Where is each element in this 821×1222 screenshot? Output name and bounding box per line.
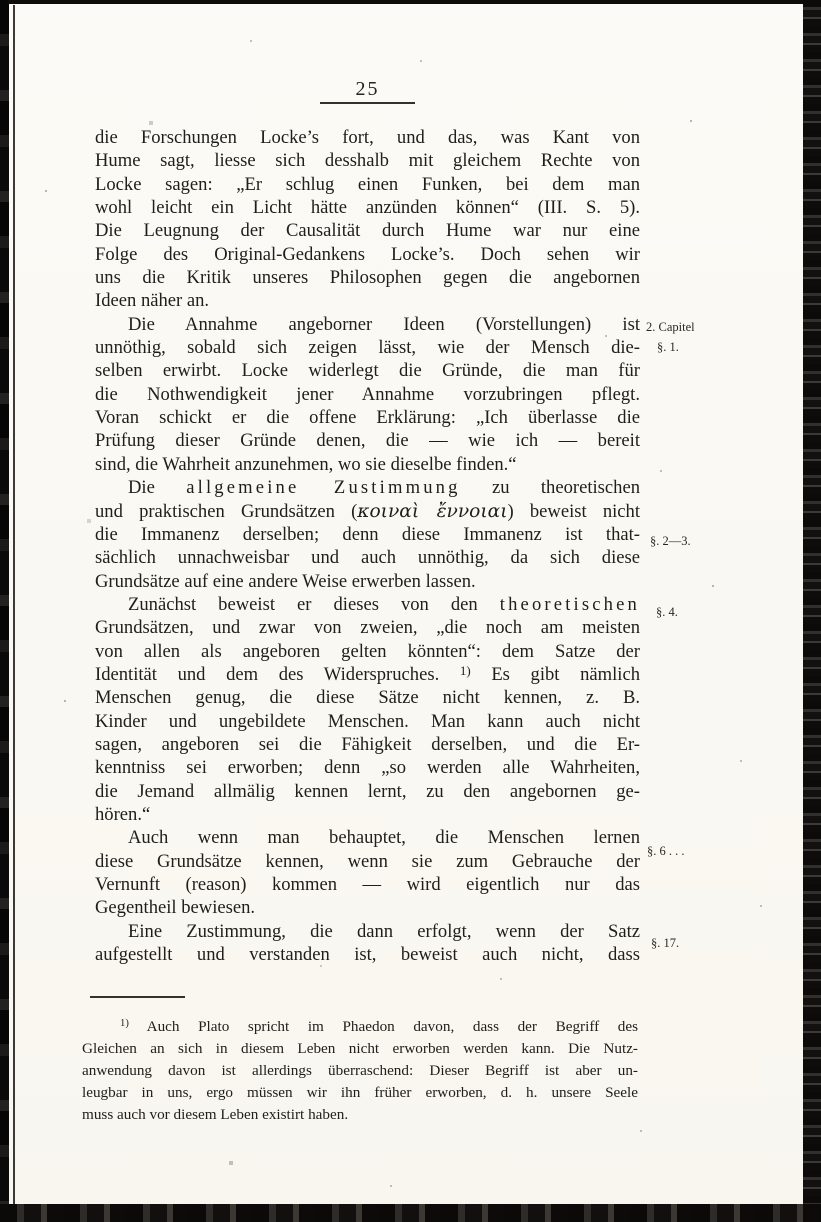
text-segment: Kinder und ungebildete Menschen. Man kan… <box>95 711 640 732</box>
text-line: Menschen genug, die diese Sätze nicht ke… <box>95 686 640 709</box>
footnote-block: 1) Auch Plato spricht im Phaedon davon, … <box>82 1016 638 1126</box>
text-segment: wohl leicht ein Licht hätte anzünden kön… <box>95 197 640 218</box>
margin-note: §. 2—3. <box>650 535 691 548</box>
text-segment: Prüfung dieser Gründe denen, die — wie i… <box>95 430 640 451</box>
text-segment: aufgestellt und verstanden ist, beweist … <box>95 944 640 965</box>
text-segment: die Jemand allmälig kennen lernt, zu den… <box>95 781 640 802</box>
text-line: Identität und dem des Widerspruches. 1) … <box>95 663 640 686</box>
text-line: diese Grundsätze kennen, wenn sie zum Ge… <box>95 850 640 873</box>
text-line: selben erwirbt. Locke widerlegt die Grün… <box>95 359 640 382</box>
text-segment: 1) <box>120 1018 129 1029</box>
page-number: 25 <box>95 78 640 101</box>
margin-note: §. 4. <box>656 606 678 619</box>
footnote-line: muss auch vor diesem Leben existirt habe… <box>82 1104 638 1126</box>
text-segment: Es gibt nämlich <box>471 664 640 685</box>
text-line: aufgestellt und verstanden ist, beweist … <box>95 943 640 966</box>
scan-edge-left <box>0 0 9 1222</box>
text-line: Ideen näher an. <box>95 289 640 312</box>
text-line: kenntniss sei erworben; denn „so werden … <box>95 756 640 779</box>
footnote-line: Gleichen an sich in diesem Leben nicht e… <box>82 1038 638 1060</box>
text-segment: Grundsätze auf eine andere Weise erwerbe… <box>95 571 476 592</box>
footnote-line: anwendung davon ist allerdings überrasch… <box>82 1060 638 1082</box>
text-line: hören.“ <box>95 803 640 826</box>
text-segment: Ideen näher an. <box>95 290 209 311</box>
text-line: wohl leicht ein Licht hätte anzünden kön… <box>95 196 640 219</box>
text-segment: sind, die Wahrheit anzunehmen, wo sie di… <box>95 454 517 475</box>
text-segment: Die Leugnung der Causalität durch Hume w… <box>95 220 640 241</box>
text-segment: Gleichen an sich in diesem Leben nicht e… <box>82 1040 638 1057</box>
text-segment: sagen, angeboren sei die Fähigkeit derse… <box>95 734 640 755</box>
text-segment: Eine Zustimmung, die dann erfolgt, wenn … <box>128 921 640 942</box>
footnote-line: 1) Auch Plato spricht im Phaedon davon, … <box>82 1016 638 1038</box>
text-line: Zunächst beweist er dieses von den theor… <box>95 593 640 616</box>
text-line: Vernunft (reason) kommen — wird eigentli… <box>95 873 640 896</box>
text-line: Grundsätze auf eine andere Weise erwerbe… <box>95 570 640 593</box>
text-line: Die Leugnung der Causalität durch Hume w… <box>95 219 640 242</box>
text-segment: Identität und dem des Widerspruches. <box>95 664 460 685</box>
text-segment: Folge des Original-Gedankens Locke’s. Do… <box>95 244 640 265</box>
margin-note: §. 17. <box>651 937 679 950</box>
margin-note: §. 1. <box>657 341 679 354</box>
text-line: die Immanenz derselben; denn diese Imman… <box>95 523 640 546</box>
text-line: Eine Zustimmung, die dann erfolgt, wenn … <box>95 920 640 943</box>
text-segment: leugbar in uns, ergo müssen wir ihn früh… <box>82 1084 638 1101</box>
scan-edge-right <box>803 0 821 1222</box>
text-segment: muss auch vor diesem Leben existirt habe… <box>82 1106 348 1123</box>
text-line: die Nothwendigkeit jener Annahme vorzubr… <box>95 383 640 406</box>
text-segment: selben erwirbt. Locke widerlegt die Grün… <box>95 360 640 381</box>
text-segment: Auch wenn man behauptet, die Menschen le… <box>128 827 640 848</box>
text-segment: die Nothwendigkeit jener Annahme vorzubr… <box>95 384 640 405</box>
text-line: Kinder und ungebildete Menschen. Man kan… <box>95 710 640 733</box>
text-line: Auch wenn man behauptet, die Menschen le… <box>95 826 640 849</box>
text-segment: κοιναὶ ἔννοιαι <box>357 501 507 522</box>
text-segment: allgemeine Zustimmung <box>186 477 460 498</box>
text-line: uns die Kritik unseres Philosophen gegen… <box>95 266 640 289</box>
text-line: Die Annahme angeborner Ideen (Vorstellun… <box>95 313 640 336</box>
text-line: die Jemand allmälig kennen lernt, zu den… <box>95 780 640 803</box>
text-segment: sächlich unnachweisbar und auch unnöthig… <box>95 547 640 568</box>
text-segment: Locke sagen: „Er schlug einen Funken, be… <box>95 174 640 195</box>
text-line: Voran schickt er die offene Erklärung: „… <box>95 406 640 429</box>
text-line: Folge des Original-Gedankens Locke’s. Do… <box>95 243 640 266</box>
text-line: sagen, angeboren sei die Fähigkeit derse… <box>95 733 640 756</box>
text-segment: Voran schickt er die offene Erklärung: „… <box>95 407 640 428</box>
text-line: Grundsätzen, und zwar von zweien, „die n… <box>95 616 640 639</box>
text-segment: die Immanenz derselben; denn diese Imman… <box>95 524 640 545</box>
scan-noise-specks <box>0 0 2 2</box>
text-line: und praktischen Grundsätzen (κοιναὶ ἔννο… <box>95 500 640 523</box>
text-segment: Gegentheil bewiesen. <box>95 897 255 918</box>
text-line: sind, die Wahrheit anzunehmen, wo sie di… <box>95 453 640 476</box>
margin-note: §. 6 . . . <box>647 845 685 858</box>
page-border-left-rule <box>13 5 15 1206</box>
text-segment: Die Annahme angeborner Ideen (Vorstellun… <box>128 314 640 335</box>
scan-edge-top <box>8 0 807 4</box>
text-line: unnöthig, sobald sich zeigen lässt, wie … <box>95 336 640 359</box>
text-segment: von allen als angeboren gelten könnten“:… <box>95 641 640 662</box>
footnote-line: leugbar in uns, ergo müssen wir ihn früh… <box>82 1082 638 1104</box>
text-segment: diese Grundsätze kennen, wenn sie zum Ge… <box>95 851 640 872</box>
text-segment: theoretischen <box>500 594 640 615</box>
text-segment: anwendung davon ist allerdings überrasch… <box>82 1062 638 1079</box>
text-line: sächlich unnachweisbar und auch unnöthig… <box>95 546 640 569</box>
text-segment: ) beweist nicht <box>507 501 640 522</box>
text-segment: unnöthig, sobald sich zeigen lässt, wie … <box>95 337 640 358</box>
text-line: die Forschungen Locke’s fort, und das, w… <box>95 126 640 149</box>
margin-note: 2. Capitel <box>646 321 695 334</box>
scan-edge-bottom <box>0 1204 821 1222</box>
text-line: Gegentheil bewiesen. <box>95 896 640 919</box>
scanned-book-page: 25 die Forschungen Locke’s fort, und das… <box>0 0 821 1222</box>
text-segment: zu theoretischen <box>461 477 640 498</box>
text-segment: Vernunft (reason) kommen — wird eigentli… <box>95 874 640 895</box>
text-line: Locke sagen: „Er schlug einen Funken, be… <box>95 173 640 196</box>
page-number-rule <box>320 102 415 104</box>
text-line: von allen als angeboren gelten könnten“:… <box>95 640 640 663</box>
text-segment: Menschen genug, die diese Sätze nicht ke… <box>95 687 640 708</box>
text-segment: Grundsätzen, und zwar von zweien, „die n… <box>95 617 640 638</box>
text-segment: hören.“ <box>95 804 150 825</box>
text-segment: Die <box>128 477 186 498</box>
text-segment: Zunächst beweist er dieses von den <box>128 594 500 615</box>
text-segment: die Forschungen Locke’s fort, und das, w… <box>95 127 640 148</box>
main-text-block: die Forschungen Locke’s fort, und das, w… <box>95 126 640 966</box>
text-segment: Hume sagt, liesse sich desshalb mit glei… <box>95 150 640 171</box>
footnote-separator-rule <box>90 996 185 998</box>
text-line: Hume sagt, liesse sich desshalb mit glei… <box>95 149 640 172</box>
text-line: Die allgemeine Zustimmung zu theoretisch… <box>95 476 640 499</box>
text-segment: uns die Kritik unseres Philosophen gegen… <box>95 267 640 288</box>
text-segment: und praktischen Grundsätzen ( <box>95 501 357 522</box>
text-segment: Auch Plato spricht im Phaedon davon, das… <box>129 1018 638 1035</box>
text-segment: 1) <box>460 663 471 678</box>
text-segment: kenntniss sei erworben; denn „so werden … <box>95 757 640 778</box>
text-line: Prüfung dieser Gründe denen, die — wie i… <box>95 429 640 452</box>
